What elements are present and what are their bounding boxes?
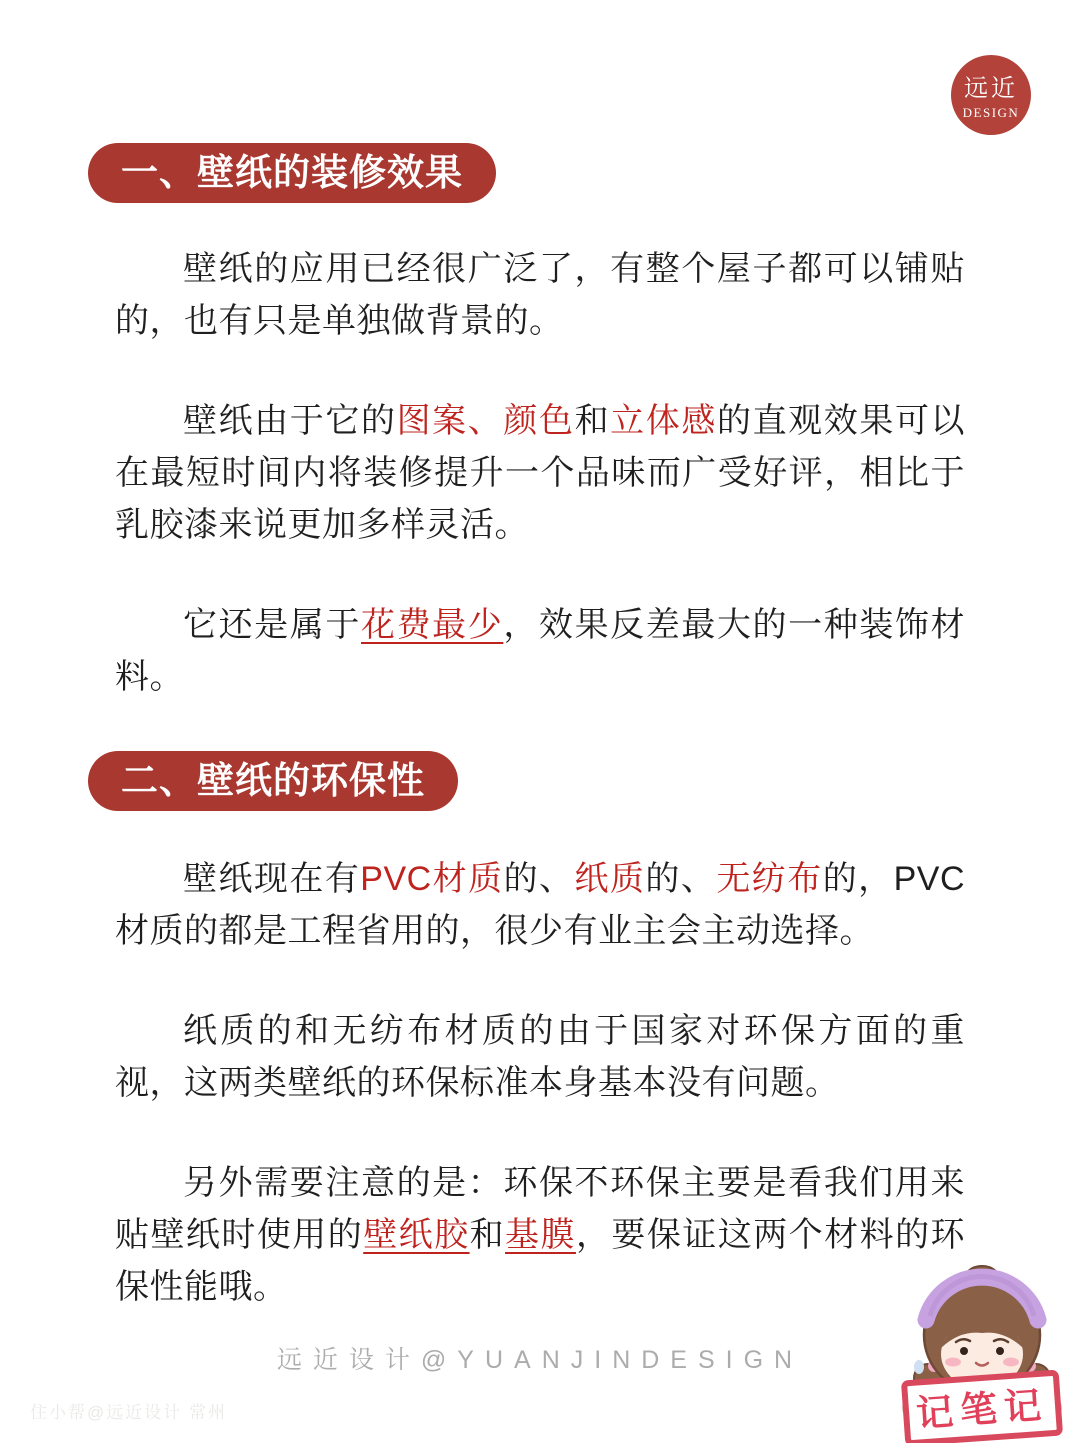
highlight-run: PVC材质 bbox=[360, 860, 503, 898]
paragraph: 壁纸由于它的图案、颜色和立体感的直观效果可以在最短时间内将装修提升一个品味而广受… bbox=[115, 395, 965, 551]
paragraph: 另外需要注意的是：环保不环保主要是看我们用来贴壁纸时使用的壁纸胶和基膜，要保证这… bbox=[115, 1157, 965, 1313]
section-1-header: 一、壁纸的装修效果 bbox=[88, 143, 496, 203]
paragraph: 它还是属于花费最少，效果反差最大的一种装饰材料。 bbox=[115, 599, 965, 703]
highlight-run: 壁纸胶 bbox=[363, 1216, 469, 1254]
section-wallpaper-effect: 一、壁纸的装修效果 壁纸的应用已经很广泛了，有整个屋子都可以铺贴的，也有只是单独… bbox=[115, 143, 965, 703]
note-girl-illustration: 记笔记 bbox=[884, 1250, 1080, 1443]
text-run: 它还是属于 bbox=[183, 606, 361, 644]
text-run: 的、 bbox=[645, 860, 716, 898]
section-1-paragraphs: 壁纸的应用已经很广泛了，有整个屋子都可以铺贴的，也有只是单独做背景的。壁纸由于它… bbox=[115, 243, 965, 703]
text-run: 的、 bbox=[504, 860, 575, 898]
text-run: 和 bbox=[470, 1216, 505, 1254]
paragraph: 壁纸的应用已经很广泛了，有整个屋子都可以铺贴的，也有只是单独做背景的。 bbox=[115, 243, 965, 347]
highlight-run: 立体感 bbox=[610, 402, 717, 440]
article-body: 一、壁纸的装修效果 壁纸的应用已经很广泛了，有整个屋子都可以铺贴的，也有只是单独… bbox=[115, 0, 965, 1361]
watermark: 住小帮@远近设计 常州 bbox=[30, 1398, 227, 1423]
text-run: 壁纸由于它的 bbox=[183, 402, 397, 440]
section-2-paragraphs: 壁纸现在有PVC材质的、纸质的、无纺布的，PVC材质的都是工程省用的，很少有业主… bbox=[115, 853, 965, 1313]
highlight-run: 纸质 bbox=[574, 860, 645, 898]
note-sign: 记笔记 bbox=[904, 1373, 1060, 1443]
section-wallpaper-eco: 二、壁纸的环保性 壁纸现在有PVC材质的、纸质的、无纺布的，PVC材质的都是工程… bbox=[115, 751, 965, 1313]
highlight-run: 花费最少 bbox=[361, 606, 503, 644]
highlight-run: 图案、颜色 bbox=[397, 402, 575, 440]
highlight-run: 无纺布 bbox=[716, 860, 822, 898]
text-run: 壁纸现在有 bbox=[183, 860, 360, 898]
text-run: 壁纸的应用已经很广泛了，有整个屋子都可以铺贴的，也有只是单独做背景的。 bbox=[115, 250, 965, 340]
text-run: 纸质的和无纺布材质的由于国家对环保方面的重视，这两类壁纸的环保标准本身基本没有问… bbox=[115, 1012, 965, 1102]
paragraph: 纸质的和无纺布材质的由于国家对环保方面的重视，这两类壁纸的环保标准本身基本没有问… bbox=[115, 1005, 965, 1109]
section-2-header: 二、壁纸的环保性 bbox=[88, 751, 458, 811]
highlight-run: 基膜 bbox=[505, 1216, 576, 1254]
text-run: 和 bbox=[575, 402, 611, 440]
note-girl-sticker: 记笔记 bbox=[884, 1250, 1080, 1443]
paragraph: 壁纸现在有PVC材质的、纸质的、无纺布的，PVC材质的都是工程省用的，很少有业主… bbox=[115, 853, 965, 957]
